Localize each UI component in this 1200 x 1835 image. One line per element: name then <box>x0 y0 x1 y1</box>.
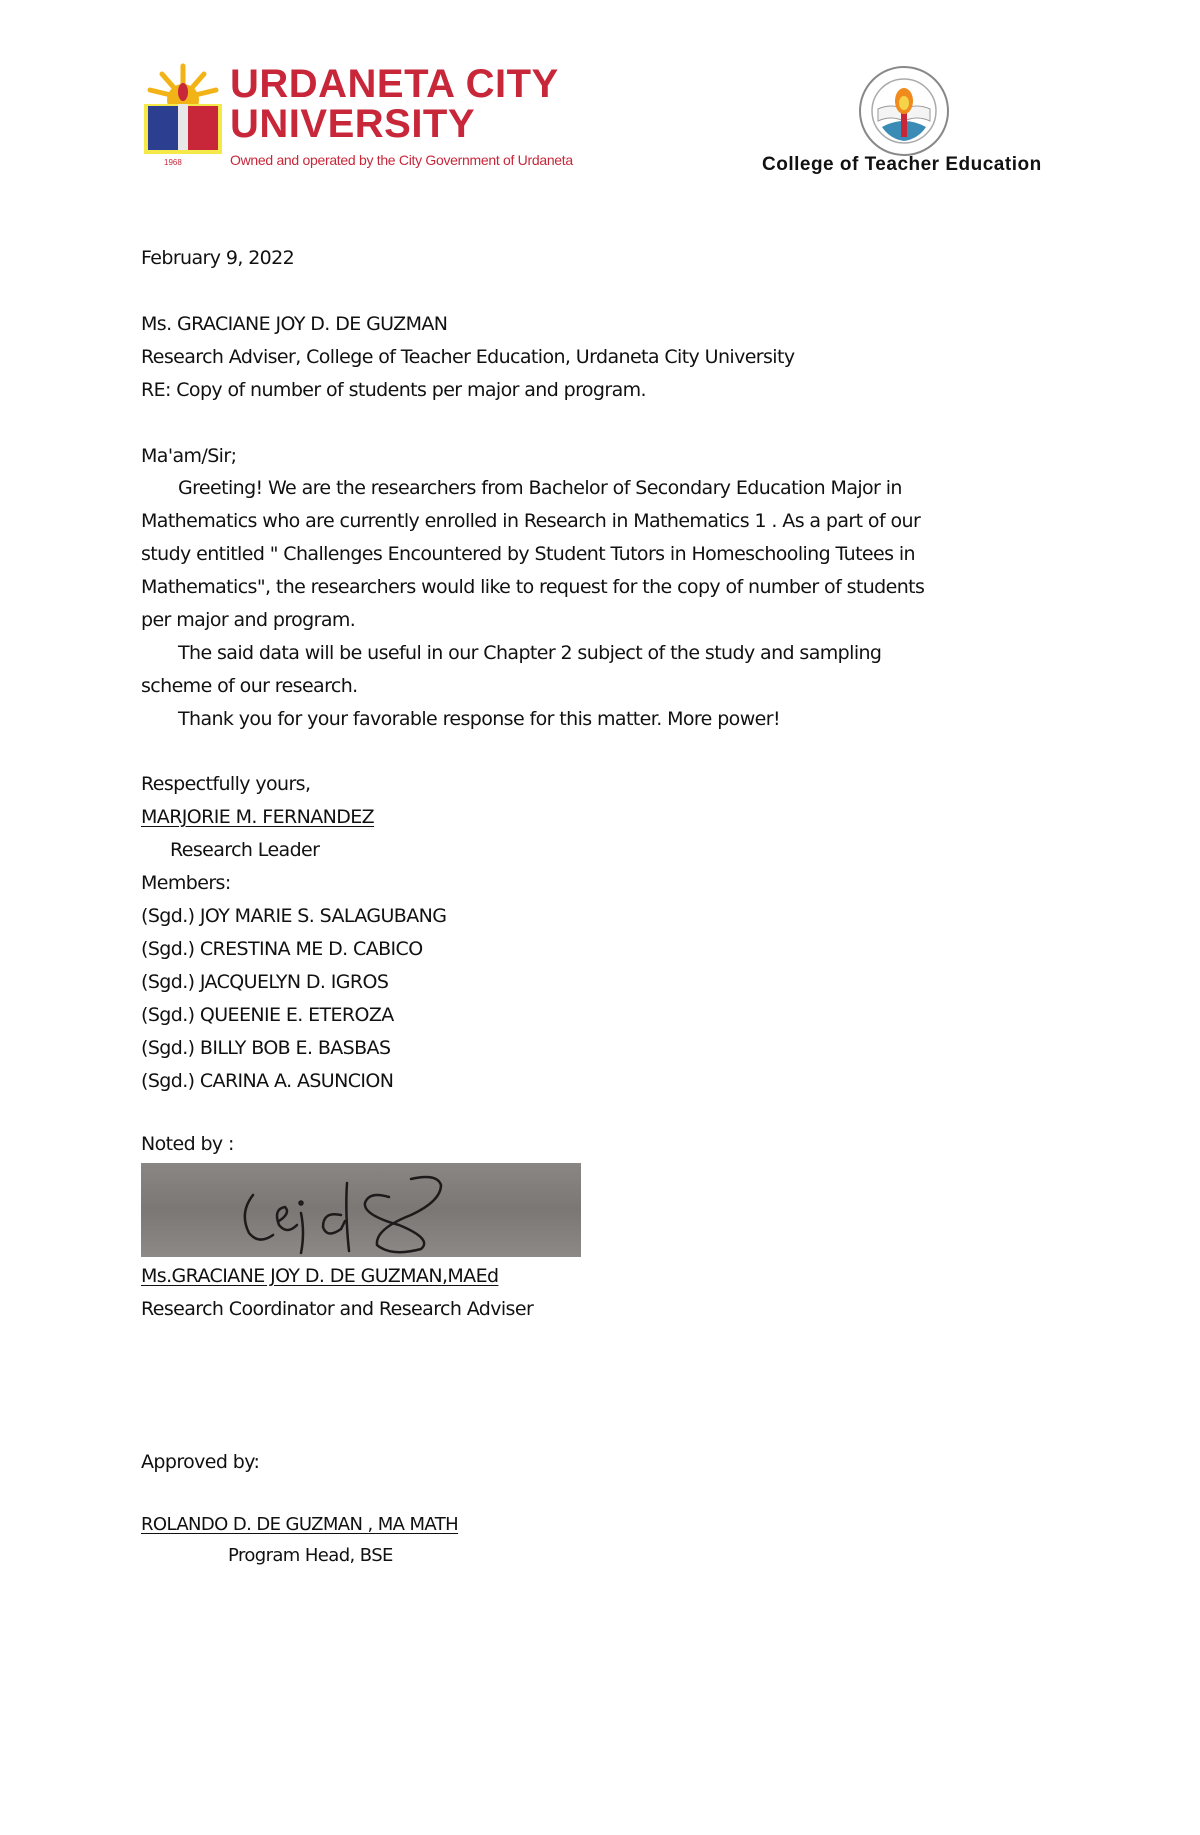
body-line: Greeting! We are the researchers from Ba… <box>178 477 902 499</box>
university-tagline: Owned and operated by the City Governmen… <box>230 152 573 168</box>
subject-line: RE: Copy of number of students per major… <box>141 379 646 401</box>
member-item: (Sgd.) BILLY BOB E. BASBAS <box>141 1037 390 1059</box>
body-line: scheme of our research. <box>141 675 358 697</box>
body-line: Thank you for your favorable response fo… <box>178 708 780 730</box>
recipient-position: Research Adviser, College of Teacher Edu… <box>141 346 794 368</box>
member-item: (Sgd.) CARINA A. ASUNCION <box>141 1070 393 1092</box>
signature-image <box>141 1163 581 1257</box>
university-logo: URDANETA CITY UNIVERSITY 1968 Owned and … <box>142 62 592 172</box>
leader-title: Research Leader <box>170 839 319 861</box>
salutation: Ma'am/Sir; <box>141 445 236 467</box>
university-emblem-icon <box>142 62 224 170</box>
college-name: College of Teacher Education <box>762 154 1042 176</box>
university-name-line2: UNIVERSITY <box>230 102 475 147</box>
recipient-name: Ms. GRACIANE JOY D. DE GUZMAN <box>141 313 447 335</box>
logo-year: 1968 <box>164 158 182 167</box>
noted-by-label: Noted by : <box>141 1133 234 1155</box>
body-line: Mathematics", the researchers would like… <box>141 576 924 598</box>
approved-by-name: ROLANDO D. DE GUZMAN , MA MATH <box>141 1514 458 1535</box>
member-item: (Sgd.) QUEENIE E. ETEROZA <box>141 1004 394 1026</box>
body-line: study entitled " Challenges Encountered … <box>141 543 915 565</box>
approved-by-label: Approved by: <box>141 1451 259 1473</box>
approved-by-title: Program Head, BSE <box>228 1545 393 1566</box>
member-item: (Sgd.) JOY MARIE S. SALAGUBANG <box>141 905 446 927</box>
letter-date: February 9, 2022 <box>141 247 294 269</box>
members-label: Members: <box>141 872 231 894</box>
signature-icon <box>141 1163 581 1257</box>
member-item: (Sgd.) JACQUELYN D. IGROS <box>141 971 388 993</box>
member-item: (Sgd.) CRESTINA ME D. CABICO <box>141 938 423 960</box>
body-line: per major and program. <box>141 609 355 631</box>
university-name-line1: URDANETA CITY <box>230 62 559 107</box>
body-line: The said data will be useful in our Chap… <box>178 642 881 664</box>
body-line: Mathematics who are currently enrolled i… <box>141 510 920 532</box>
noted-by-title: Research Coordinator and Research Advise… <box>141 1298 533 1320</box>
noted-by-name: Ms.GRACIANE JOY D. DE GUZMAN,MAEd <box>141 1265 498 1287</box>
closing: Respectfully yours, <box>141 773 310 795</box>
leader-name: MARJORIE M. FERNANDEZ <box>141 806 374 828</box>
college-seal-icon <box>858 65 950 157</box>
